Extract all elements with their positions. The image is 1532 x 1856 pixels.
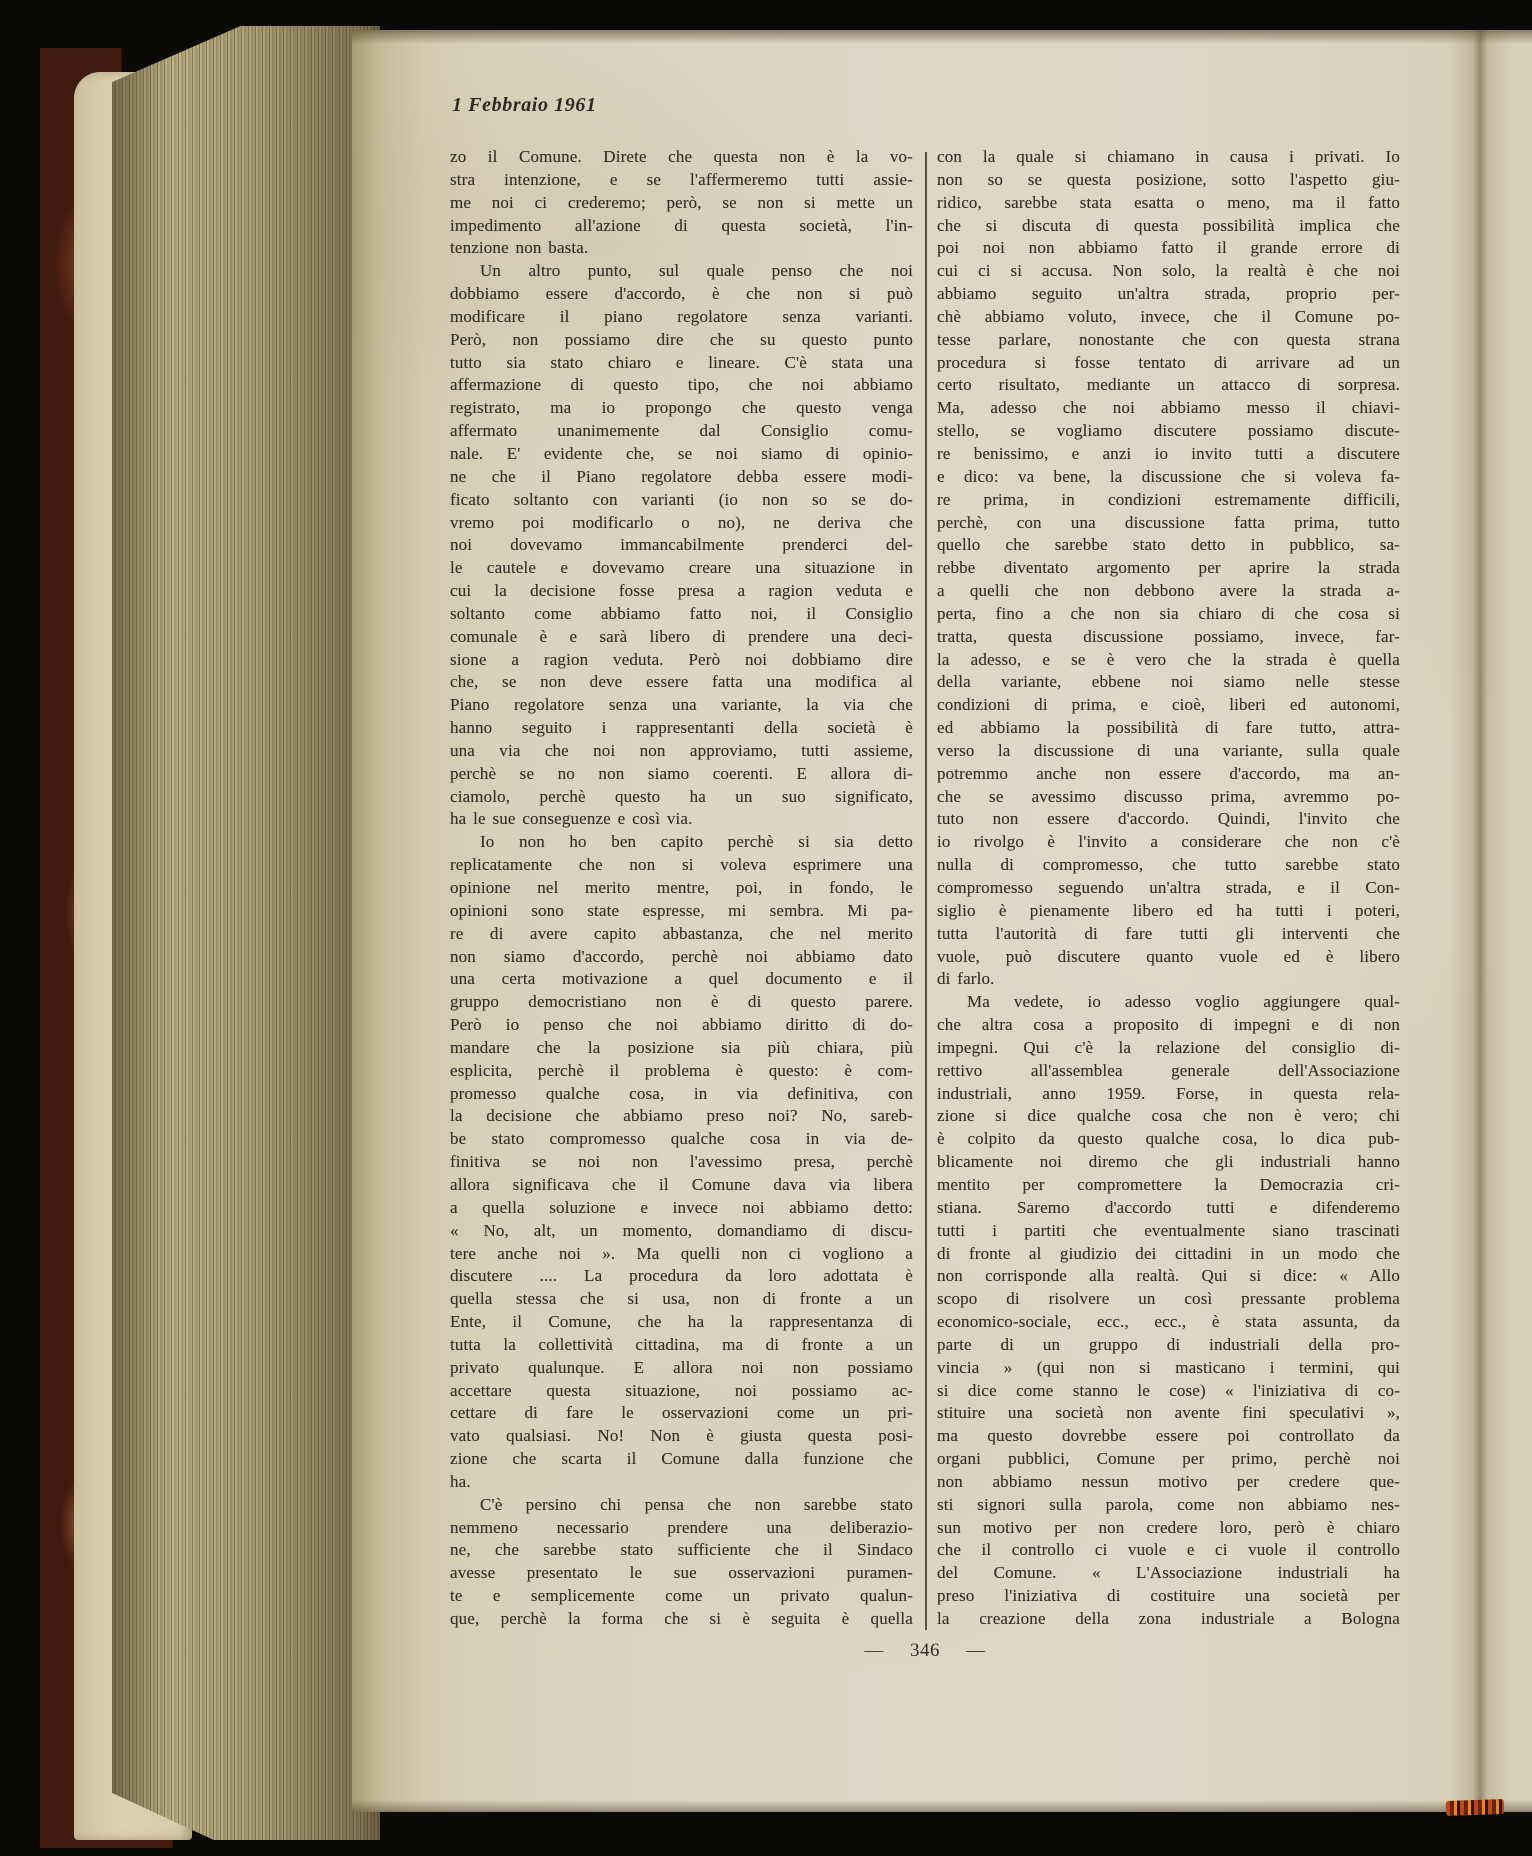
paragraph: C'è persino chi pensa che non sarebbe st… xyxy=(450,1494,913,1631)
text-line: zione si dice qualche cosa che non è ver… xyxy=(937,1105,1400,1128)
text-line: comunale è e sarà libero di prendere una… xyxy=(450,626,913,649)
text-line: nulla di compromesso, che tutto sarebbe … xyxy=(937,854,1400,877)
text-line: blicamente noi diremo che gli industrial… xyxy=(937,1151,1400,1174)
text-line: zo il Comune. Direte che questa non è la… xyxy=(450,146,913,169)
text-line: opinione nel merito mentre, poi, in fond… xyxy=(450,877,913,900)
text-line: Ma, adesso che noi abbiamo messo il chia… xyxy=(937,397,1400,420)
text-line: una certa motivazione a quel documento e… xyxy=(450,968,913,991)
text-line: tesse parlare, nonostante che con questa… xyxy=(937,329,1400,352)
text-line: replicatamente che non si voleva esprime… xyxy=(450,854,913,877)
text-line: finitiva se noi non l'avessimo presa, pe… xyxy=(450,1151,913,1174)
text-line: tutti i partiti che eventualmente siano … xyxy=(937,1220,1400,1243)
text-line: con la quale si chiamano in causa i priv… xyxy=(937,146,1400,169)
text-line: Ente, il Comune, che ha la rappresentanz… xyxy=(450,1311,913,1334)
text-line: registrato, ma io propongo che questo ve… xyxy=(450,397,913,420)
text-line: impegni. Qui c'è la relazione del consig… xyxy=(937,1037,1400,1060)
text-line: compromesso seguendo un'altra strada, e … xyxy=(937,877,1400,900)
text-line: promesso qualche cosa, in via definitiva… xyxy=(450,1083,913,1106)
text-line: quella stessa che si usa, non di fronte … xyxy=(450,1288,913,1311)
text-line: le cautele e dovevamo creare una situazi… xyxy=(450,557,913,580)
text-line: me noi ci crederemo; però, se non si met… xyxy=(450,192,913,215)
text-line: tutta la collettività cittadina, ma di f… xyxy=(450,1334,913,1357)
text-line: di farlo. xyxy=(937,968,1400,991)
text-line: mentito per compromettere la Democrazia … xyxy=(937,1174,1400,1197)
text-line: dobbiamo essere d'accordo, è che non si … xyxy=(450,283,913,306)
page-number: 346 xyxy=(910,1640,940,1661)
text-line: che altra cosa a proposito di impegni e … xyxy=(937,1014,1400,1037)
text-line: potremmo anche non essere d'accordo, ma … xyxy=(937,763,1400,786)
text-line: C'è persino chi pensa che non sarebbe st… xyxy=(450,1494,913,1517)
text-line: accettare questa situazione, noi possiam… xyxy=(450,1380,913,1403)
text-line: noi dovevamo immancabilmente prenderci d… xyxy=(450,534,913,557)
text-line: si dice come stanno le cose) « l'iniziat… xyxy=(937,1380,1400,1403)
text-line: vato qualsiasi. No! Non è giusta questa … xyxy=(450,1425,913,1448)
text-column-right: con la quale si chiamano in causa i priv… xyxy=(937,146,1400,1631)
text-line: Io non ho ben capito perchè si sia detto xyxy=(450,831,913,854)
text-column-left: zo il Comune. Direte che questa non è la… xyxy=(450,146,913,1631)
text-line: poi noi non abbiamo fatto il grande erro… xyxy=(937,237,1400,260)
text-line: tutta l'autorità di fare tutti gli inter… xyxy=(937,923,1400,946)
book-scan: 1 Febbraio 1961 zo il Comune. Direte che… xyxy=(0,0,1532,1856)
text-line: sun motivo per non credere loro, però è … xyxy=(937,1517,1400,1540)
text-line: e dico: va bene, la discussione che si v… xyxy=(937,466,1400,489)
footer-dash-right: — xyxy=(966,1640,986,1661)
text-line: stello, se vogliamo discutere possiamo d… xyxy=(937,420,1400,443)
text-line: è colpito da questo qualche cosa, lo dic… xyxy=(937,1128,1400,1151)
text-line: Piano regolatore senza una variante, la … xyxy=(450,694,913,717)
page-stack-edge xyxy=(112,26,380,1840)
text-line: stra intenzione, e se l'affermeremo tutt… xyxy=(450,169,913,192)
text-line: scopo di risolvere un così pressante pro… xyxy=(937,1288,1400,1311)
text-line: affermato unanimemente dal Consiglio com… xyxy=(450,420,913,443)
text-line: mandare che la posizione sia più chiara,… xyxy=(450,1037,913,1060)
spine-headband xyxy=(1446,1799,1504,1816)
text-line: discutere .... La procedura da loro adot… xyxy=(450,1265,913,1288)
text-line: nemmeno necessario prendere una delibera… xyxy=(450,1517,913,1540)
page-number-footer: —346— xyxy=(450,1640,1400,1662)
paragraph: Ma vedete, io adesso voglio aggiungere q… xyxy=(937,991,1400,1631)
text-line: del Comune. « L'Associazione industriali… xyxy=(937,1562,1400,1585)
text-line: nale. E' evidente che, se noi siamo di o… xyxy=(450,443,913,466)
text-line: sti signori sulla parola, come non abbia… xyxy=(937,1494,1400,1517)
text-line: perta, fino a che non sia chiaro di che … xyxy=(937,603,1400,626)
text-line: avesse presentato le sue osservazioni pu… xyxy=(450,1562,913,1585)
text-line: della variante, ebbene noi siamo nelle s… xyxy=(937,671,1400,694)
text-line: ne che il Piano regolatore debba essere … xyxy=(450,466,913,489)
text-line: organi pubblici, Comune per primo, perch… xyxy=(937,1448,1400,1471)
text-line: chè abbiamo voluto, invece, che il Comun… xyxy=(937,306,1400,329)
text-line: Ma vedete, io adesso voglio aggiungere q… xyxy=(937,991,1400,1014)
text-line: ne, che sarebbe stato sufficiente che il… xyxy=(450,1539,913,1562)
text-line: la decisione che abbiamo preso noi? No, … xyxy=(450,1105,913,1128)
text-line: economico-sociale, ecc., ecc., è stata a… xyxy=(937,1311,1400,1334)
text-line: rebbe diventato argomento per aprire la … xyxy=(937,557,1400,580)
text-line: ha le sue conseguenze e così via. xyxy=(450,808,913,831)
text-line: modificare il piano regolatore senza var… xyxy=(450,306,913,329)
text-line: certo risultato, mediante un attacco di … xyxy=(937,374,1400,397)
text-line: ma questo dovrebbe essere poi controllat… xyxy=(937,1425,1400,1448)
text-line: privato qualunque. E allora noi non poss… xyxy=(450,1357,913,1380)
text-line: la adesso, e se è vero che la strada è q… xyxy=(937,649,1400,672)
text-line: ridico, sarebbe stata esatta o meno, ma … xyxy=(937,192,1400,215)
paragraph: zo il Comune. Direte che questa non è la… xyxy=(450,146,913,260)
text-line: ciamolo, perchè questo ha un suo signifi… xyxy=(450,786,913,809)
text-line: preso l'iniziativa di costituire una soc… xyxy=(937,1585,1400,1608)
text-line: parte di un gruppo di industriali della … xyxy=(937,1334,1400,1357)
text-line: siglio è pienamente libero ed ha tutti i… xyxy=(937,900,1400,923)
text-line: « No, alt, un momento, domandiamo di dis… xyxy=(450,1220,913,1243)
text-line: che se avessimo discusso prima, avremmo … xyxy=(937,786,1400,809)
text-line: procedura si fosse tentato di arrivare a… xyxy=(937,352,1400,375)
text-line: non corrisponde alla realtà. Qui si dice… xyxy=(937,1265,1400,1288)
text-line: esplicita, perchè il problema è questo: … xyxy=(450,1060,913,1083)
text-line: stituire una società non avente fini spe… xyxy=(937,1402,1400,1425)
text-line: quello che sarebbe stato detto in pubbli… xyxy=(937,534,1400,557)
text-line: non so se questa posizione, sotto l'aspe… xyxy=(937,169,1400,192)
text-line: una via che noi non approviamo, tutti as… xyxy=(450,740,913,763)
text-line: vuole, può discutere quanto vuole ed è l… xyxy=(937,946,1400,969)
text-line: Un altro punto, sul quale penso che noi xyxy=(450,260,913,283)
column-divider-rule xyxy=(925,152,927,1630)
text-line: que, perchè la forma che si è seguita è … xyxy=(450,1608,913,1631)
text-line: che si discuta di questa possibilità imp… xyxy=(937,215,1400,238)
text-line: abbiamo seguito un'altra strada, proprio… xyxy=(937,283,1400,306)
text-line: gruppo democristiano non è di questo par… xyxy=(450,991,913,1014)
text-line: opinioni sono state espresse, mi sembra.… xyxy=(450,900,913,923)
text-line: tuto non essere d'accordo. Quindi, l'inv… xyxy=(937,808,1400,831)
text-line: be stato compromesso qualche cosa in via… xyxy=(450,1128,913,1151)
text-line: re prima, in condizioni estremamente dif… xyxy=(937,489,1400,512)
paragraph: con la quale si chiamano in causa i priv… xyxy=(937,146,1400,991)
text-line: hanno seguito i rappresentanti della soc… xyxy=(450,717,913,740)
text-line: rettivo all'assemblea generale dell'Asso… xyxy=(937,1060,1400,1083)
text-line: cui ci si accusa. Non solo, la realtà è … xyxy=(937,260,1400,283)
text-line: a quelli che non debbono avere la strada… xyxy=(937,580,1400,603)
text-line: ha. xyxy=(450,1471,913,1494)
text-line: ficato soltanto con varianti (io non so … xyxy=(450,489,913,512)
text-line: re di avere capito abbastanza, che nel m… xyxy=(450,923,913,946)
text-line: affermazione di questo tipo, che noi abb… xyxy=(450,374,913,397)
text-line: cui la decisione fosse presa a ragion ve… xyxy=(450,580,913,603)
text-line: industriali, anno 1959. Forse, in questa… xyxy=(937,1083,1400,1106)
text-line: vremo poi modificarlo o no), ne deriva c… xyxy=(450,512,913,535)
text-line: io rivolgo è l'invito a considerare che … xyxy=(937,831,1400,854)
text-line: tenzione non basta. xyxy=(450,237,913,260)
text-line: tutto sia stato chiaro e lineare. C'è st… xyxy=(450,352,913,375)
text-line: perchè se no non siamo coerenti. E allor… xyxy=(450,763,913,786)
text-line: vincia » (qui non si masticano i termini… xyxy=(937,1357,1400,1380)
text-line: a quella soluzione e invece noi abbiamo … xyxy=(450,1197,913,1220)
text-line: la creazione della zona industriale a Bo… xyxy=(937,1608,1400,1631)
paragraph: Io non ho ben capito perchè si sia detto… xyxy=(450,831,913,1493)
text-line: verso la discussione di una variante, su… xyxy=(937,740,1400,763)
text-line: cettare di fare le osservazioni come un … xyxy=(450,1402,913,1425)
text-line: impedimento all'azione di questa società… xyxy=(450,215,913,238)
text-line: re benissimo, e anzi io invito tutti a d… xyxy=(937,443,1400,466)
text-line: perchè, con una discussione fatta prima,… xyxy=(937,512,1400,535)
text-line: di fronte al giudizio dei cittadini in u… xyxy=(937,1243,1400,1266)
text-line: sione a ragion veduta. Però noi dobbiamo… xyxy=(450,649,913,672)
paragraph: Un altro punto, sul quale penso che noid… xyxy=(450,260,913,831)
header-date: 1 Febbraio 1961 xyxy=(452,94,597,117)
text-line: Però io penso che noi abbiamo diritto di… xyxy=(450,1014,913,1037)
text-line: Però, non possiamo dire che su questo pu… xyxy=(450,329,913,352)
text-line: soltanto come abbiamo fatto noi, il Cons… xyxy=(450,603,913,626)
text-line: stiana. Saremo d'accordo tutti e difende… xyxy=(937,1197,1400,1220)
text-line: condizioni di prima, e cioè, liberi ed a… xyxy=(937,694,1400,717)
text-line: allora significava che il Comune dava vi… xyxy=(450,1174,913,1197)
text-line: tratta, questa discussione possiamo, inv… xyxy=(937,626,1400,649)
text-line: te e semplicemente come un privato qualu… xyxy=(450,1585,913,1608)
text-line: non abbiamo nessun motivo per credere qu… xyxy=(937,1471,1400,1494)
text-line: non siamo d'accordo, perchè noi abbiamo … xyxy=(450,946,913,969)
text-line: ed abbiamo la possibilità di fare tutto,… xyxy=(937,717,1400,740)
text-line: che, se non deve essere fatta una modifi… xyxy=(450,671,913,694)
text-line: tere anche noi ». Ma quelli non ci vogli… xyxy=(450,1243,913,1266)
text-line: zione che scarta il Comune dalla funzion… xyxy=(450,1448,913,1471)
text-line: che il controllo ci vuole e ci vuole il … xyxy=(937,1539,1400,1562)
footer-dash-left: — xyxy=(865,1640,885,1661)
